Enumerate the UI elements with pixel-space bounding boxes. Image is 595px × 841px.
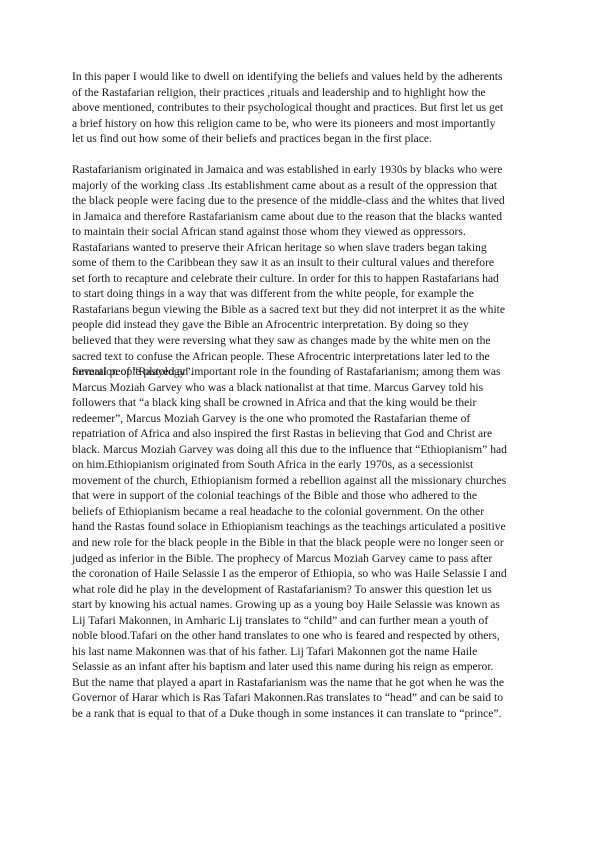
text-line: Selassie as an infant after his baptism … xyxy=(72,659,542,675)
text-line: believed that they were reversing what t… xyxy=(72,333,542,349)
text-line: let us find out how some of their belief… xyxy=(72,131,542,147)
text-line: Rastafarians wanted to preserve their Af… xyxy=(72,240,542,256)
text-line: majorly of the working class .Its establ… xyxy=(72,178,542,194)
text-line: that were in support of the colonial tea… xyxy=(72,488,542,504)
text-line: beliefs of Ethiopianism became a real he… xyxy=(72,504,542,520)
text-line: followers that “a black king shall be cr… xyxy=(72,395,542,411)
text-line: movement of the church, Ethiopianism for… xyxy=(72,473,542,489)
text-line: be a rank that is equal to that of a Duk… xyxy=(72,706,542,722)
text-line: Several people played an important role … xyxy=(72,364,542,380)
text-line: some of them to the Caribbean they saw i… xyxy=(72,255,542,271)
text-line: in Jamaica and therefore Rastafarianism … xyxy=(72,209,542,225)
paragraph-introduction: In this paper I would like to dwell on i… xyxy=(72,69,542,147)
text-line: on him.Ethiopianism originated from Sout… xyxy=(72,457,542,473)
text-line: sacred text to confuse the African peopl… xyxy=(72,349,542,365)
text-line: and new role for the black people in the… xyxy=(72,535,542,551)
text-line: to maintain their social African stand a… xyxy=(72,224,542,240)
text-line: redeemer”, Marcus Moziah Garvey is the o… xyxy=(72,411,542,427)
text-line: But the name that played a apart in Rast… xyxy=(72,675,542,691)
text-line: repatriation of Africa and also inspired… xyxy=(72,426,542,442)
text-line: Governor of Harar which is Ras Tafari Ma… xyxy=(72,690,542,706)
text-line: the black people were facing due to the … xyxy=(72,193,542,209)
text-line: Rastafarians begun viewing the Bible as … xyxy=(72,302,542,318)
text-line: Marcus Moziah Garvey who was a black nat… xyxy=(72,380,542,396)
text-line: start by knowing his actual names. Growi… xyxy=(72,597,542,613)
text-line: black. Marcus Moziah Garvey was doing al… xyxy=(72,442,542,458)
text-line: a brief history on how this religion cam… xyxy=(72,116,542,132)
text-line: noble blood.Tafari on the other hand tra… xyxy=(72,628,542,644)
paragraph-origins: Rastafarianism originated in Jamaica and… xyxy=(72,162,542,380)
text-line: judged as inferior in the Bible. The pro… xyxy=(72,551,542,567)
text-line: set forth to recapture and celebrate the… xyxy=(72,271,542,287)
document-page: In this paper I would like to dwell on i… xyxy=(0,0,595,841)
text-line: his last name Makonnen was that of his f… xyxy=(72,644,542,660)
text-line: above mentioned, contributes to their ps… xyxy=(72,100,542,116)
text-line: hand the Rastas found solace in Ethiopia… xyxy=(72,519,542,535)
text-line: of the Rastafarian religion, their pract… xyxy=(72,85,542,101)
text-line: what role did he play in the development… xyxy=(72,582,542,598)
text-line: Lij Tafari Makonnen, in Amharic Lij tran… xyxy=(72,613,542,629)
paragraph-founders: Several people played an important role … xyxy=(72,364,542,722)
text-line: In this paper I would like to dwell on i… xyxy=(72,69,542,85)
text-line: to start doing things in a way that was … xyxy=(72,286,542,302)
text-line: Rastafarianism originated in Jamaica and… xyxy=(72,162,542,178)
text-line: people did instead they gave the Bible a… xyxy=(72,317,542,333)
text-line: the coronation of Haile Selassie I as th… xyxy=(72,566,542,582)
